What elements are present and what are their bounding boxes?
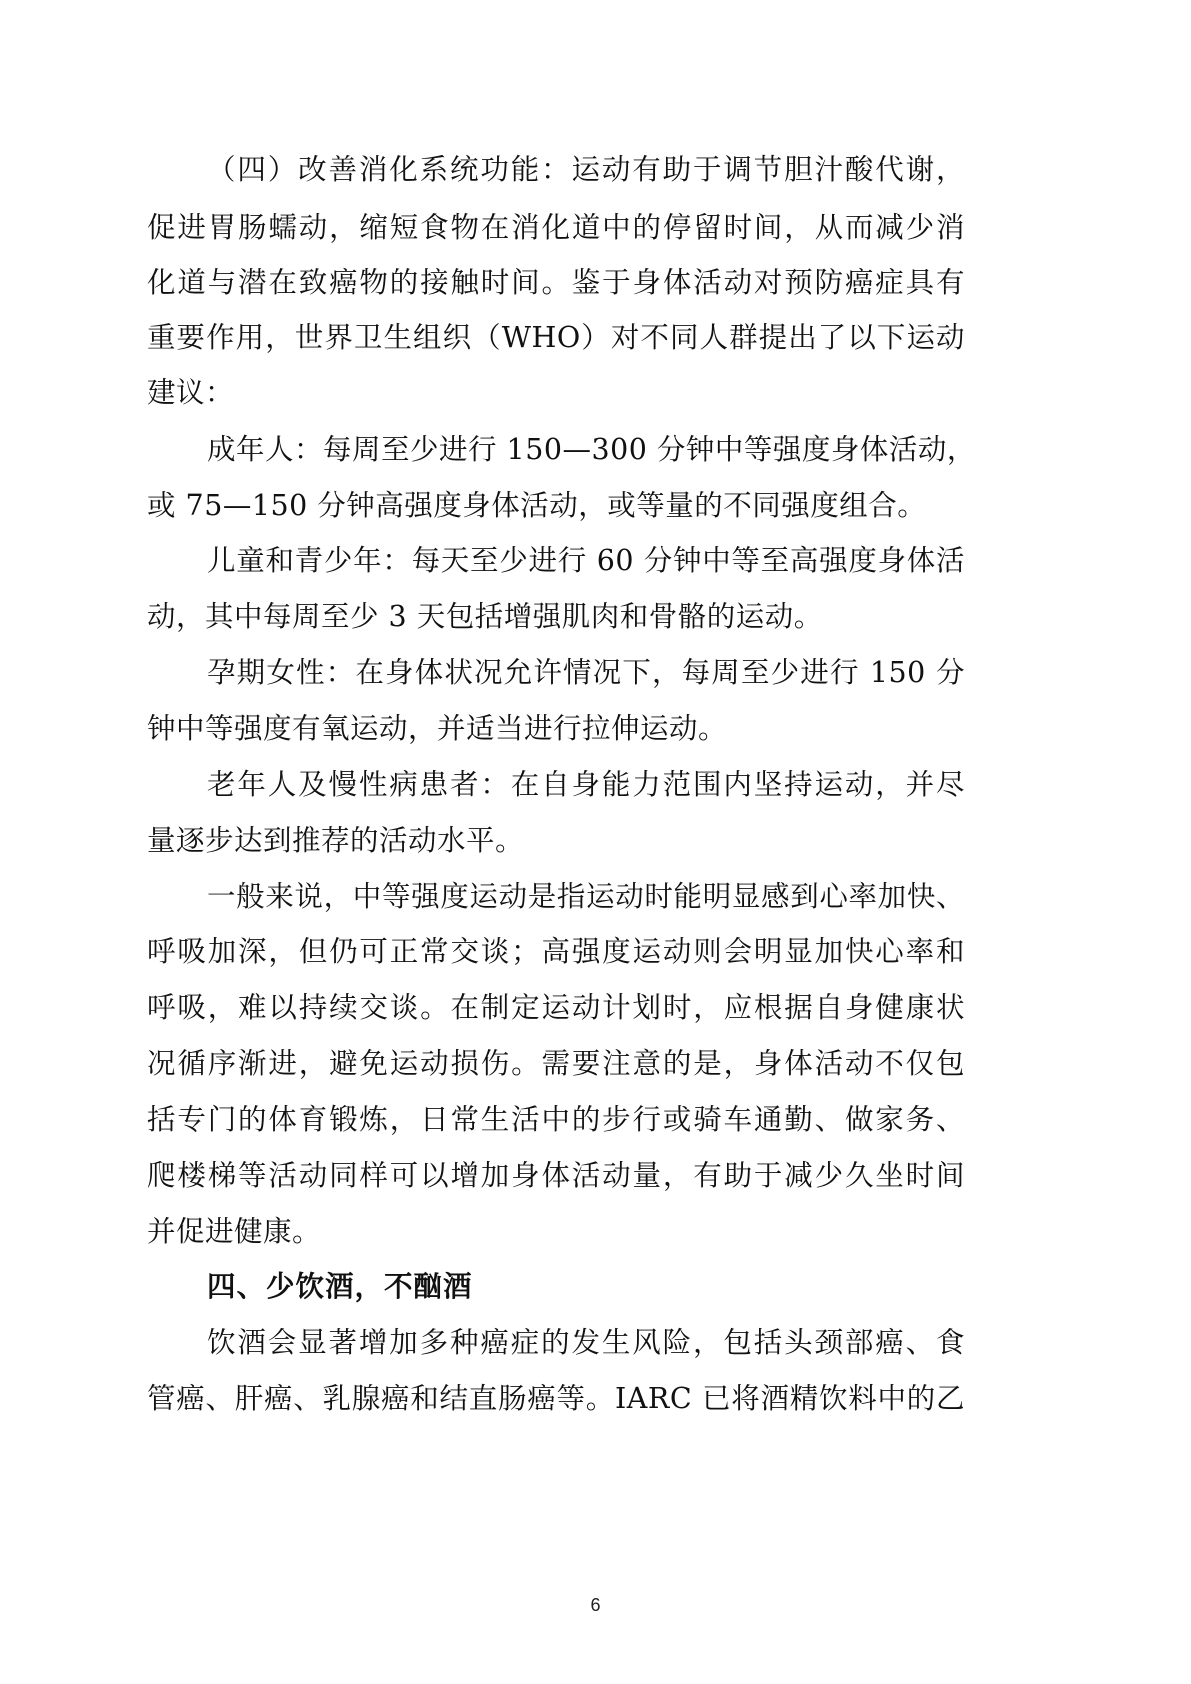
- paragraph-general-line-6: 爬楼梯等活动同样可以增加身体活动量，有助于减少久坐时间: [147, 1147, 965, 1205]
- paragraph-pregnant-line-1: 孕期女性：在身体状况允许情况下，每周至少进行 150 分: [207, 644, 965, 702]
- paragraph-adults-line-2: 或 75—150 分钟高强度身体活动，或等量的不同强度组合。: [147, 477, 965, 535]
- document-page: （四）改善消化系统功能：运动有助于调节胆汁酸代谢， 促进胃肠蠕动，缩短食物在消化…: [0, 0, 1191, 1684]
- paragraph-general-line-1: 一般来说，中等强度运动是指运动时能明显感到心率加快、: [207, 868, 965, 926]
- paragraph-pregnant-line-2: 钟中等强度有氧运动，并适当进行拉伸运动。: [147, 700, 965, 758]
- paragraph-digestive-line-3: 化道与潜在致癌物的接触时间。鉴于身体活动对预防癌症具有: [147, 254, 965, 312]
- paragraph-digestive-line-5: 建议：: [147, 364, 965, 422]
- paragraph-digestive-line-1: （四）改善消化系统功能：运动有助于调节胆汁酸代谢，: [207, 141, 965, 199]
- paragraph-children-line-1: 儿童和青少年：每天至少进行 60 分钟中等至高强度身体活: [207, 532, 965, 590]
- paragraph-general-line-3: 呼吸，难以持续交谈。在制定运动计划时，应根据自身健康状: [147, 979, 965, 1037]
- paragraph-general-line-4: 况循序渐进，避免运动损伤。需要注意的是，身体活动不仅包: [147, 1035, 965, 1093]
- page-number: 6: [0, 1595, 1191, 1616]
- paragraph-digestive-line-2: 促进胃肠蠕动，缩短食物在消化道中的停留时间，从而减少消: [147, 199, 965, 257]
- paragraph-adults-line-1: 成年人：每周至少进行 150—300 分钟中等强度身体活动，: [207, 421, 965, 479]
- paragraph-children-line-2: 动，其中每周至少 3 天包括增强肌肉和骨骼的运动。: [147, 588, 965, 646]
- paragraph-elderly-line-1: 老年人及慢性病患者：在自身能力范围内坚持运动，并尽: [207, 756, 965, 814]
- paragraph-digestive-line-4: 重要作用，世界卫生组织（WHO）对不同人群提出了以下运动: [147, 309, 965, 367]
- paragraph-alcohol-line-2: 管癌、肝癌、乳腺癌和结直肠癌等。IARC 已将酒精饮料中的乙: [147, 1370, 965, 1428]
- paragraph-general-line-7: 并促进健康。: [147, 1203, 965, 1261]
- paragraph-general-line-2: 呼吸加深，但仍可正常交谈；高强度运动则会明显加快心率和: [147, 923, 965, 981]
- section-heading: 四、少饮酒，不酗酒: [207, 1258, 965, 1316]
- paragraph-alcohol-line-1: 饮酒会显著增加多种癌症的发生风险，包括头颈部癌、食: [207, 1314, 965, 1372]
- paragraph-general-line-5: 括专门的体育锻炼，日常生活中的步行或骑车通勤、做家务、: [147, 1091, 965, 1149]
- paragraph-elderly-line-2: 量逐步达到推荐的活动水平。: [147, 812, 965, 870]
